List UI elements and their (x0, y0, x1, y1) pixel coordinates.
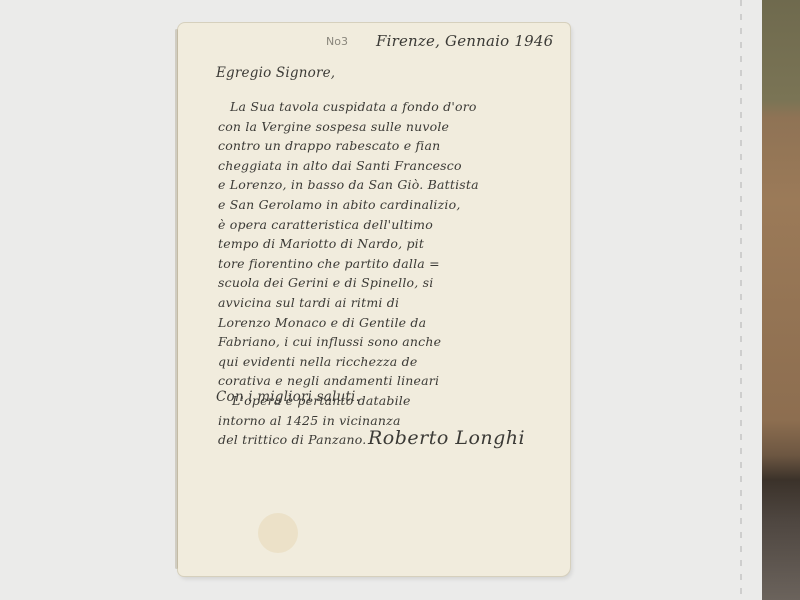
body-line-text: qui evidenti nella ricchezza de (218, 354, 417, 369)
body-line-text: Lorenzo Monaco e di Gentile da (218, 315, 426, 330)
body-line-text: avvicina sul tardi ai ritmi di (218, 295, 399, 310)
body-line-text: e San Gerolamo in abito cardinalizio, (218, 197, 461, 212)
body-line-text: intorno al 1425 in vicinanza (218, 413, 401, 428)
body-line-text: corativa e negli andamenti lineari (218, 373, 439, 388)
body-line-text: è opera caratteristica dell'ultimo (218, 217, 433, 232)
letter-card: No3 Firenze, Gennaio 1946 Egregio Signor… (178, 23, 570, 576)
body-line-text: tempo di Mariotto di Nardo, pit (218, 236, 424, 251)
paper-stain (258, 513, 298, 553)
place-date: Firenze, Gennaio 1946 (376, 32, 553, 50)
salutation: Egregio Signore, (216, 65, 335, 81)
body-line-text: con la Vergine sospesa sulle nuvole (218, 119, 449, 134)
card-edge-shadow (175, 29, 178, 569)
signature: Roberto Longhi (368, 427, 525, 449)
body-line-text: scuola dei Gerini e di Spinello, si (218, 275, 433, 290)
body-line-text: contro un drappo rabescato e fian (218, 138, 440, 153)
body-line-text: tore fiorentino che partito dalla = (218, 256, 440, 271)
body-line-text: e Lorenzo, in basso da San Giò. Battista (218, 177, 479, 192)
body-line-text: cheggiata in alto dai Santi Francesco (218, 158, 462, 173)
background-stain-line (740, 0, 742, 600)
adjacent-object-edge (762, 0, 800, 600)
body-line-text: del trittico di Panzano. (218, 432, 366, 447)
archive-number: No3 (326, 35, 348, 48)
body-line-text: La Sua tavola cuspidata a fondo d'oro (230, 99, 477, 114)
body-line-text: Fabriano, i cui influssi sono anche (218, 334, 441, 349)
closing: Con i migliori saluti. (216, 389, 360, 405)
